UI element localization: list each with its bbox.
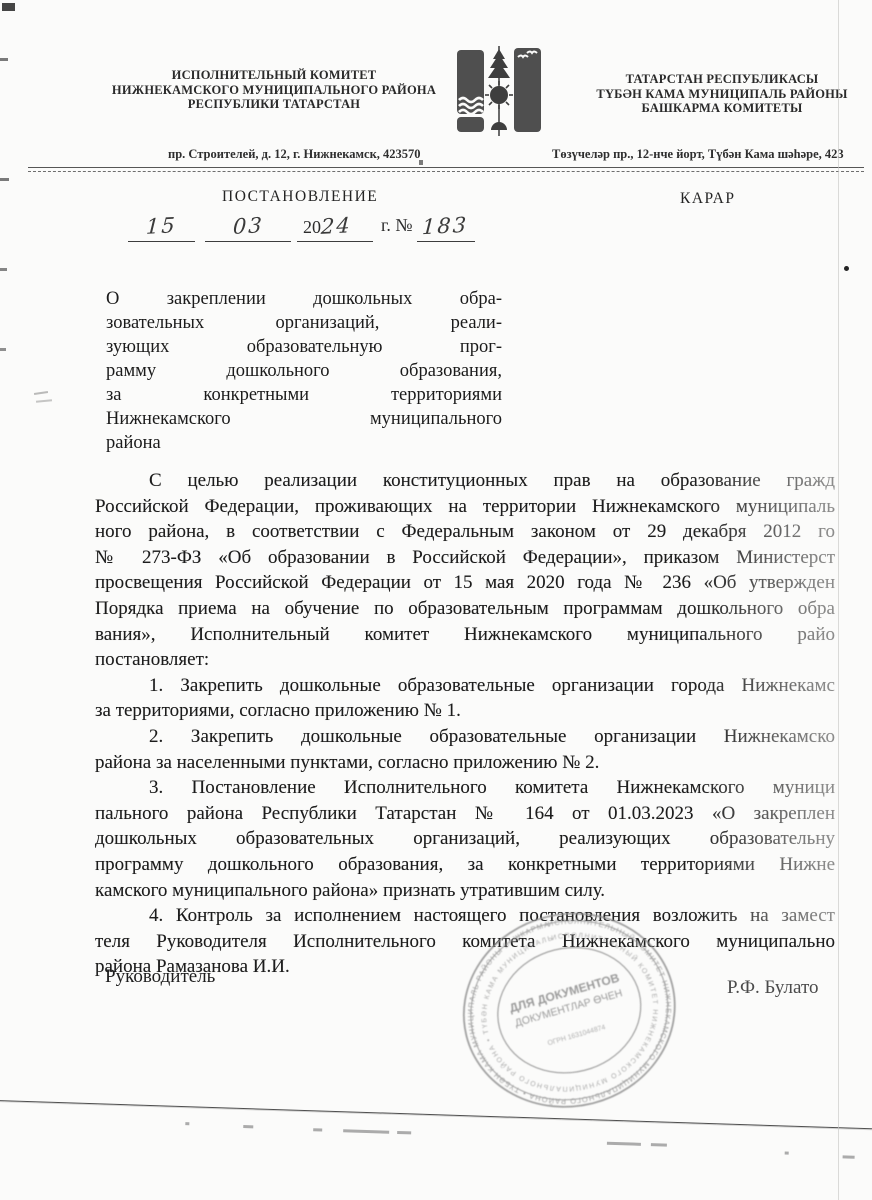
decree-title: О закреплении дошкольных обра-зовательны… <box>106 287 502 455</box>
scan-speck <box>844 266 849 271</box>
signatory-name: Р.Ф. Булато <box>727 977 819 999</box>
body-line: 4. Контроль за исполнением настоящего по… <box>95 903 835 929</box>
scan-speck <box>419 160 423 165</box>
bottom-page-edge <box>0 1100 872 1130</box>
body-line: 1. Закрепить дошкольные образовательные … <box>95 673 835 699</box>
printed-year-prefix: 20 <box>303 217 321 237</box>
body-line: Российской Федерации, проживающих на тер… <box>95 494 835 520</box>
handwritten-month: 03 <box>232 213 264 239</box>
doc-type-tatar: КАРАР <box>680 190 735 208</box>
number-blank: 183 <box>417 214 475 242</box>
title-line: Нижнекамского муниципального <box>106 407 502 431</box>
title-line: за конкретными территориями <box>106 383 502 407</box>
issuer-name-ru-line3: РЕСПУБЛИКИ ТАТАРСТАН <box>104 97 444 112</box>
issuer-name-russian: ИСПОЛНИТЕЛЬНЫЙ КОМИТЕТ НИЖНЕКАМСКОГО МУН… <box>104 68 444 112</box>
body-line: Порядка приема на обучение по образовате… <box>95 596 835 622</box>
body-line: С целью реализации конституционных прав … <box>95 468 835 494</box>
doc-type-russian: ПОСТАНОВЛЕНИЕ <box>222 188 378 206</box>
scan-speck <box>0 58 8 61</box>
scan-page-right-edge-line <box>838 0 839 1200</box>
body-line: района за населенными пунктами, согласно… <box>95 750 835 776</box>
issuer-name-ru-line2: НИЖНЕКАМСКОГО МУНИЦИПАЛЬНОГО РАЙОНА <box>104 83 444 98</box>
decree-body-text: С целью реализации конституционных прав … <box>95 468 835 980</box>
body-line: 3. Постановление Исполнительного комитет… <box>95 775 835 801</box>
body-line: постановляет: <box>95 647 835 673</box>
body-line: ного района, в соответствии с Федеральны… <box>95 519 835 545</box>
body-line: просвещения Российской Федерации от 15 м… <box>95 570 835 596</box>
issuer-name-tatar: ТАТАРСТАН РЕСПУБЛИКАСЫ ТҮБӘН КАМА МУНИЦИ… <box>576 72 868 116</box>
signatory-position: Руководитель <box>105 966 215 988</box>
scanned-document-page: { "colors": { "paper": "#fbfbfa", "ink":… <box>0 0 872 1200</box>
issuer-name-tt-line2: ТҮБӘН КАМА МУНИЦИПАЛЬ РАЙОНЫ <box>576 87 868 102</box>
title-line: района <box>106 431 502 455</box>
scan-speck <box>0 268 7 271</box>
body-line: программу дошкольного образования, за ко… <box>95 852 835 878</box>
number-label: г. № <box>373 215 417 242</box>
body-line: вания», Исполнительный комитет Нижнекамс… <box>95 622 835 648</box>
scan-speck <box>0 178 9 181</box>
body-line: пального района Республики Татарстан № 1… <box>95 801 835 827</box>
title-line: рамму дошкольного образования, <box>106 359 502 383</box>
date-year-blank: 2024 <box>297 214 373 242</box>
title-line: зовательных организаций, реали- <box>106 311 502 335</box>
body-line: 2. Закрепить дошкольные образовательные … <box>95 724 835 750</box>
body-line: за территориями, согласно приложению № 1… <box>95 698 835 724</box>
coat-of-arms <box>455 44 543 143</box>
issuer-name-ru-line1: ИСПОЛНИТЕЛЬНЫЙ КОМИТЕТ <box>104 68 444 83</box>
scan-speck <box>34 391 48 395</box>
bottom-rule-line <box>0 1100 872 1130</box>
issuer-address-tatar: Төзүчеләр пр., 12-нче йорт, Түбән Кама ш… <box>552 147 844 162</box>
issuer-name-tt-line1: ТАТАРСТАН РЕСПУБЛИКАСЫ <box>576 72 868 87</box>
body-line: камского муниципального района» признать… <box>95 878 835 904</box>
stamp-small-line: ОГРН 1631044874 <box>547 1024 607 1047</box>
date-month-blank: 03 <box>205 214 291 242</box>
body-line: дошкольных образовательных организаций, … <box>95 826 835 852</box>
issuer-address-russian: пр. Строителей, д. 12, г. Нижнекамск, 42… <box>168 147 421 162</box>
body-line: № 273-ФЗ «Об образовании в Российской Фе… <box>95 545 835 571</box>
scan-speck <box>36 399 52 402</box>
title-line: зующих образовательную прог- <box>106 335 502 359</box>
issuer-name-tt-line3: БАШКАРМА КОМИТЕТЫ <box>576 101 868 116</box>
handwritten-day: 15 <box>146 213 178 239</box>
handwritten-year: 24 <box>320 213 352 239</box>
handwritten-number: 183 <box>422 213 469 240</box>
date-day-blank: 15 <box>128 214 195 242</box>
header-separator-line <box>28 167 864 172</box>
title-line: О закреплении дошкольных обра- <box>106 287 502 311</box>
date-and-number-line: 15032024г. №183 <box>128 214 475 244</box>
coat-of-arms-icon <box>455 44 543 138</box>
scan-speck <box>2 3 15 11</box>
scan-speck <box>0 348 6 351</box>
